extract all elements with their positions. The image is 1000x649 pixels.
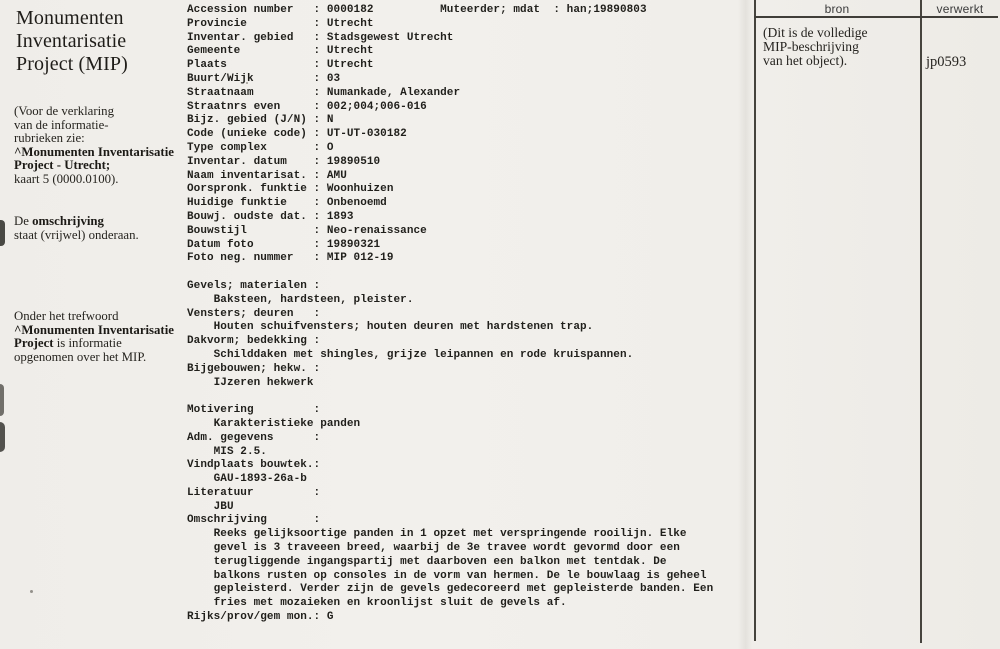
scan-artifact <box>246 82 248 84</box>
scan-artifact <box>0 422 5 452</box>
page-title-line: Monumenten <box>16 7 128 30</box>
paper-crease <box>738 0 752 649</box>
page-title: Monumenten Inventarisatie Project (MIP) <box>16 7 128 77</box>
bron-header: bron <box>754 2 920 16</box>
verwerkt-column-rule <box>920 0 922 643</box>
verwerkt-header: verwerkt <box>920 2 1000 16</box>
page-title-line: Inventarisatie <box>16 30 128 53</box>
bron-note-line: MIP-beschrijving <box>763 40 868 54</box>
verwerkt-value: jp0593 <box>926 54 966 71</box>
page-title-line: Project (MIP) <box>16 53 128 76</box>
record-text: Accession number : 0000182 Muteerder; md… <box>187 4 713 625</box>
header-rule <box>754 16 998 18</box>
bron-note-line: van het object). <box>763 54 868 68</box>
bron-note: (Dit is de volledige MIP-beschrijving va… <box>763 26 868 68</box>
verklaring-note: (Voor de verklaringvan de informatie-rub… <box>14 105 174 186</box>
scan-artifact <box>0 220 5 246</box>
scan-artifact <box>30 590 33 593</box>
omschrijving-note: De omschrijvingstaat (vrijwel) onderaan. <box>14 215 139 242</box>
trefwoord-note: Onder het trefwoord^Monumenten Inventari… <box>14 310 174 364</box>
bron-column-rule <box>754 0 756 641</box>
bron-note-line: (Dit is de volledige <box>763 26 868 40</box>
scan-artifact <box>0 384 4 416</box>
mip-document-page: Monumenten Inventarisatie Project (MIP) … <box>0 0 1000 649</box>
